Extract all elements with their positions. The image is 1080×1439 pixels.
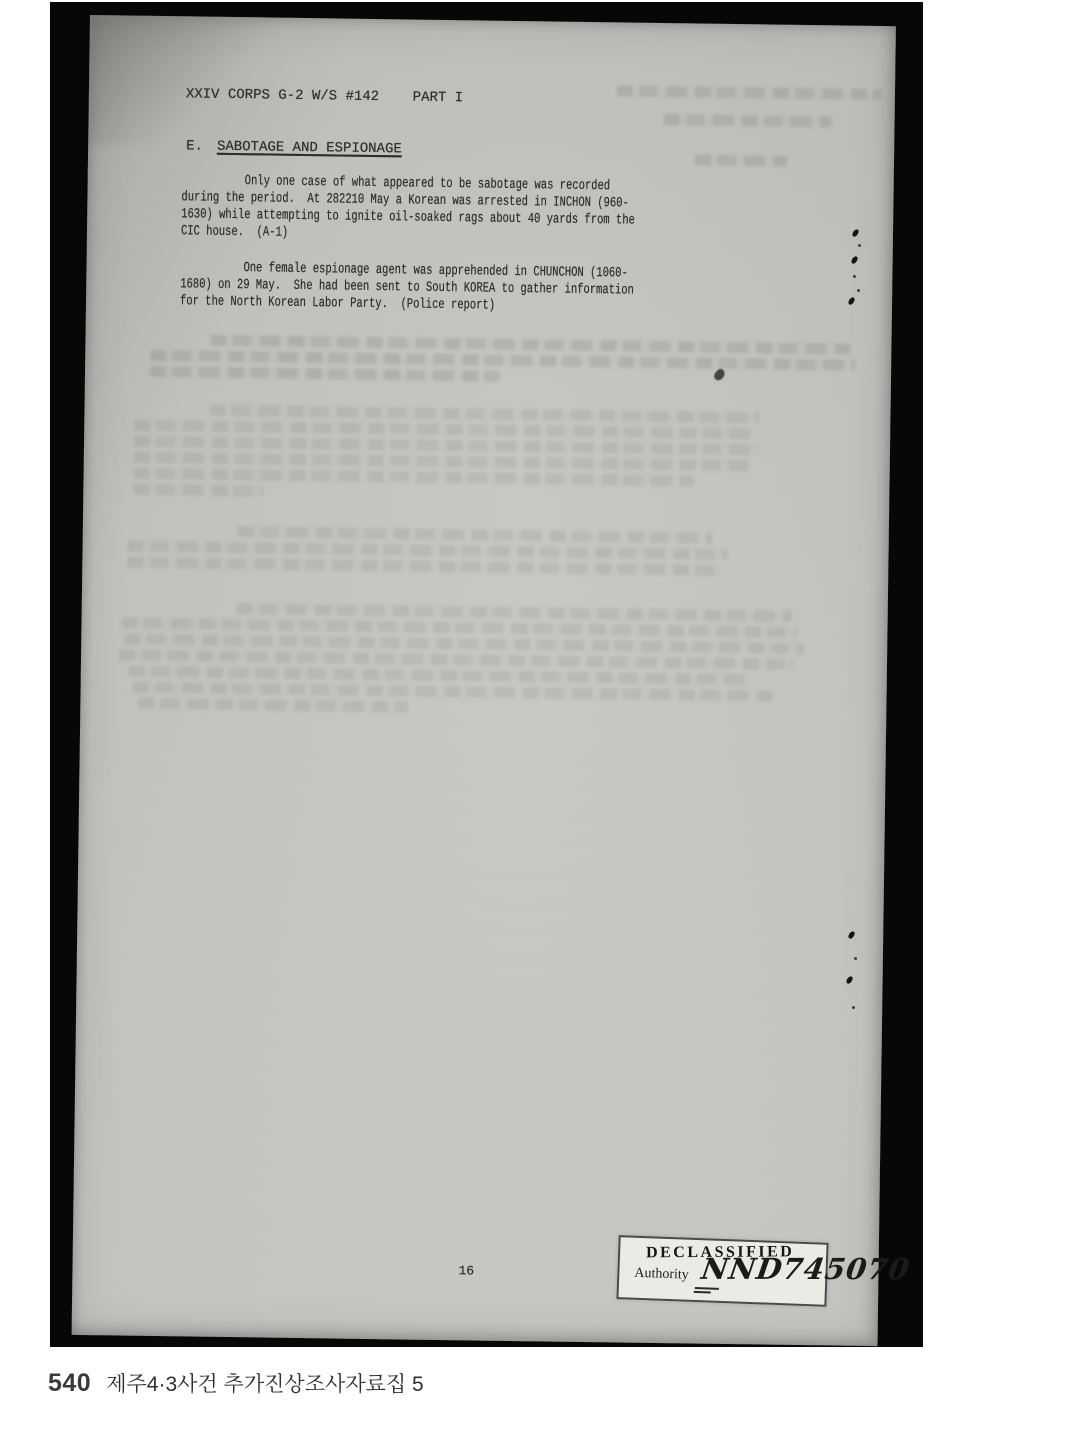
bleedthrough-line: [617, 85, 882, 100]
bleedthrough-line: [150, 366, 500, 382]
bleedthrough-line: [133, 484, 263, 497]
stamp-underline-mark: [695, 1287, 719, 1290]
ink-speck: [858, 244, 861, 247]
bleedthrough-line: [134, 468, 694, 487]
book-page-number: 540: [48, 1369, 91, 1398]
bleedthrough-line: [209, 405, 759, 424]
paragraph-espionage: One female espionage agent was apprehend…: [180, 259, 752, 318]
page-number: 16: [458, 1263, 474, 1278]
declassified-stamp: DECLASSIFIED Authority NND745070: [616, 1235, 828, 1307]
book-title-caption: 제주4·3사건 추가진상조사자료집 5: [106, 1368, 423, 1398]
paragraph-sabotage: Only one case of what appeared to be sab…: [181, 172, 753, 248]
ink-speck: [857, 289, 860, 292]
bleedthrough-line: [138, 698, 408, 713]
section-heading: E.SABOTAGE AND ESPIONAGE: [186, 138, 402, 157]
stamp-underline-mark: [694, 1291, 711, 1294]
book-footer: 540 제주4·3사건 추가진상조사자료집 5: [48, 1368, 424, 1398]
stamp-authority-label: Authority: [634, 1266, 689, 1284]
scanned-document-image: XXIV CORPS G-2 W/S #142 PART I E.SABOTAG…: [50, 2, 923, 1347]
document-page: XXIV CORPS G-2 W/S #142 PART I E.SABOTAG…: [72, 15, 896, 1346]
stamp-authority-number: NND745070: [699, 1252, 912, 1286]
book-page: XXIV CORPS G-2 W/S #142 PART I E.SABOTAG…: [0, 0, 1080, 1439]
bleedthrough-line: [664, 114, 832, 127]
bleedthrough-line: [127, 557, 722, 576]
ink-speck: [854, 957, 857, 960]
ink-speck: [853, 275, 856, 278]
bleedthrough-line: [237, 603, 792, 622]
section-title: SABOTAGE AND ESPIONAGE: [217, 139, 402, 158]
bleedthrough-line: [238, 526, 713, 544]
section-label: E.: [186, 138, 203, 154]
paper-corner-shadow: [88, 15, 290, 148]
ink-speck: [852, 1006, 855, 1009]
pencil-mark: [712, 367, 727, 382]
bleedthrough-line: [695, 154, 787, 166]
